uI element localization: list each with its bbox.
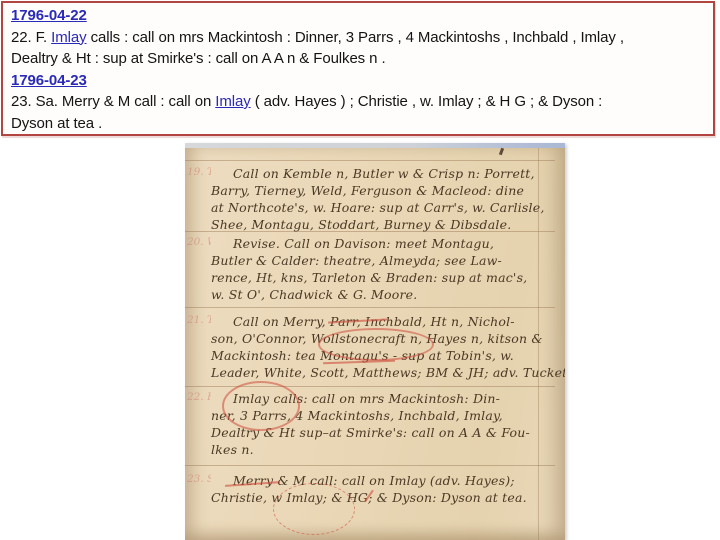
diary-entry: Call on Kemble n, Butler w & Crisp n: Po… xyxy=(211,165,559,233)
transcription-panel: 1796-04-2222. F. Imlay calls : call on m… xyxy=(1,1,715,136)
ink-speck xyxy=(499,148,504,156)
imlay-link[interactable]: Imlay xyxy=(215,93,250,110)
red-pen-circle xyxy=(318,328,434,361)
manuscript-line: Barry, Tierney, Weld, Ferguson & Macleod… xyxy=(211,182,559,199)
transcript-text: ( adv. Hayes ) ; Christie , w. Imlay ; &… xyxy=(251,93,603,110)
entry-margin-label: 21. Th. xyxy=(187,314,211,326)
manuscript-line: Merry & M call: call on Imlay (adv. Haye… xyxy=(211,472,559,489)
date-link[interactable]: 1796-04-22 xyxy=(11,7,87,24)
transcript-text-line: 22. F. Imlay calls : call on mrs Mackint… xyxy=(11,27,705,49)
manuscript-line: w. St O', Chadwick & G. Moore. xyxy=(211,286,559,303)
entry-divider-rule xyxy=(185,465,555,466)
manuscript-line: Call on Kemble n, Butler w & Crisp n: Po… xyxy=(211,165,559,182)
transcript-text-line: Dyson at tea . xyxy=(11,113,705,135)
manuscript-image: 19. Tu.Call on Kemble n, Butler w & Cris… xyxy=(185,143,565,540)
manuscript-line: Christie, w Imlay; & HG; & Dyson: Dyson … xyxy=(211,489,559,506)
entry-margin-label: 23. Sa. xyxy=(187,473,211,485)
date-link[interactable]: 1796-04-23 xyxy=(11,72,87,89)
slide: { "transcription_panel": { "border_color… xyxy=(0,0,720,540)
transcript-date-line: 1796-04-22 xyxy=(11,5,705,27)
manuscript-line: Butler & Calder: theatre, Almeyda; see L… xyxy=(211,252,559,269)
entry-divider-rule xyxy=(185,160,555,161)
entry-margin-label: 22. F. xyxy=(187,391,211,403)
red-pen-circle xyxy=(222,381,300,431)
entry-margin-label: 19. Tu. xyxy=(187,166,211,178)
transcript-text: 23. Sa. Merry & M call : call on xyxy=(11,93,215,110)
diary-entry: Revise. Call on Davison: meet Montagu,Bu… xyxy=(211,235,559,303)
image-top-edge xyxy=(185,143,565,148)
transcript-text-line: 23. Sa. Merry & M call : call on Imlay (… xyxy=(11,91,705,113)
transcript-text: Dealtry & Ht : sup at Smirke's : call on… xyxy=(11,50,386,67)
transcript-text: 22. F. xyxy=(11,29,51,46)
manuscript-line: at Northcote's, w. Hoare: sup at Carr's,… xyxy=(211,199,559,216)
diary-entry: Merry & M call: call on Imlay (adv. Haye… xyxy=(211,472,559,506)
transcript-text: Dyson at tea . xyxy=(11,115,102,132)
entry-margin-label: 20. W. xyxy=(187,236,211,248)
manuscript-line: lkes n. xyxy=(211,441,559,458)
entry-divider-rule xyxy=(185,307,555,308)
imlay-link[interactable]: Imlay xyxy=(51,29,86,46)
manuscript-line: rence, Ht, kns, Tarleton & Braden: sup a… xyxy=(211,269,559,286)
transcript-date-line: 1796-04-23 xyxy=(11,70,705,92)
manuscript-line: Leader, White, Scott, Matthews; BM & JH;… xyxy=(211,364,559,381)
manuscript-line: Shee, Montagu, Stoddart, Burney & Dibsda… xyxy=(211,216,559,233)
manuscript-line: Revise. Call on Davison: meet Montagu, xyxy=(211,235,559,252)
red-pen-circle xyxy=(273,483,355,535)
transcript-text-line: Dealtry & Ht : sup at Smirke's : call on… xyxy=(11,48,705,70)
transcript-text: calls : call on mrs Mackintosh : Dinner,… xyxy=(87,29,624,46)
